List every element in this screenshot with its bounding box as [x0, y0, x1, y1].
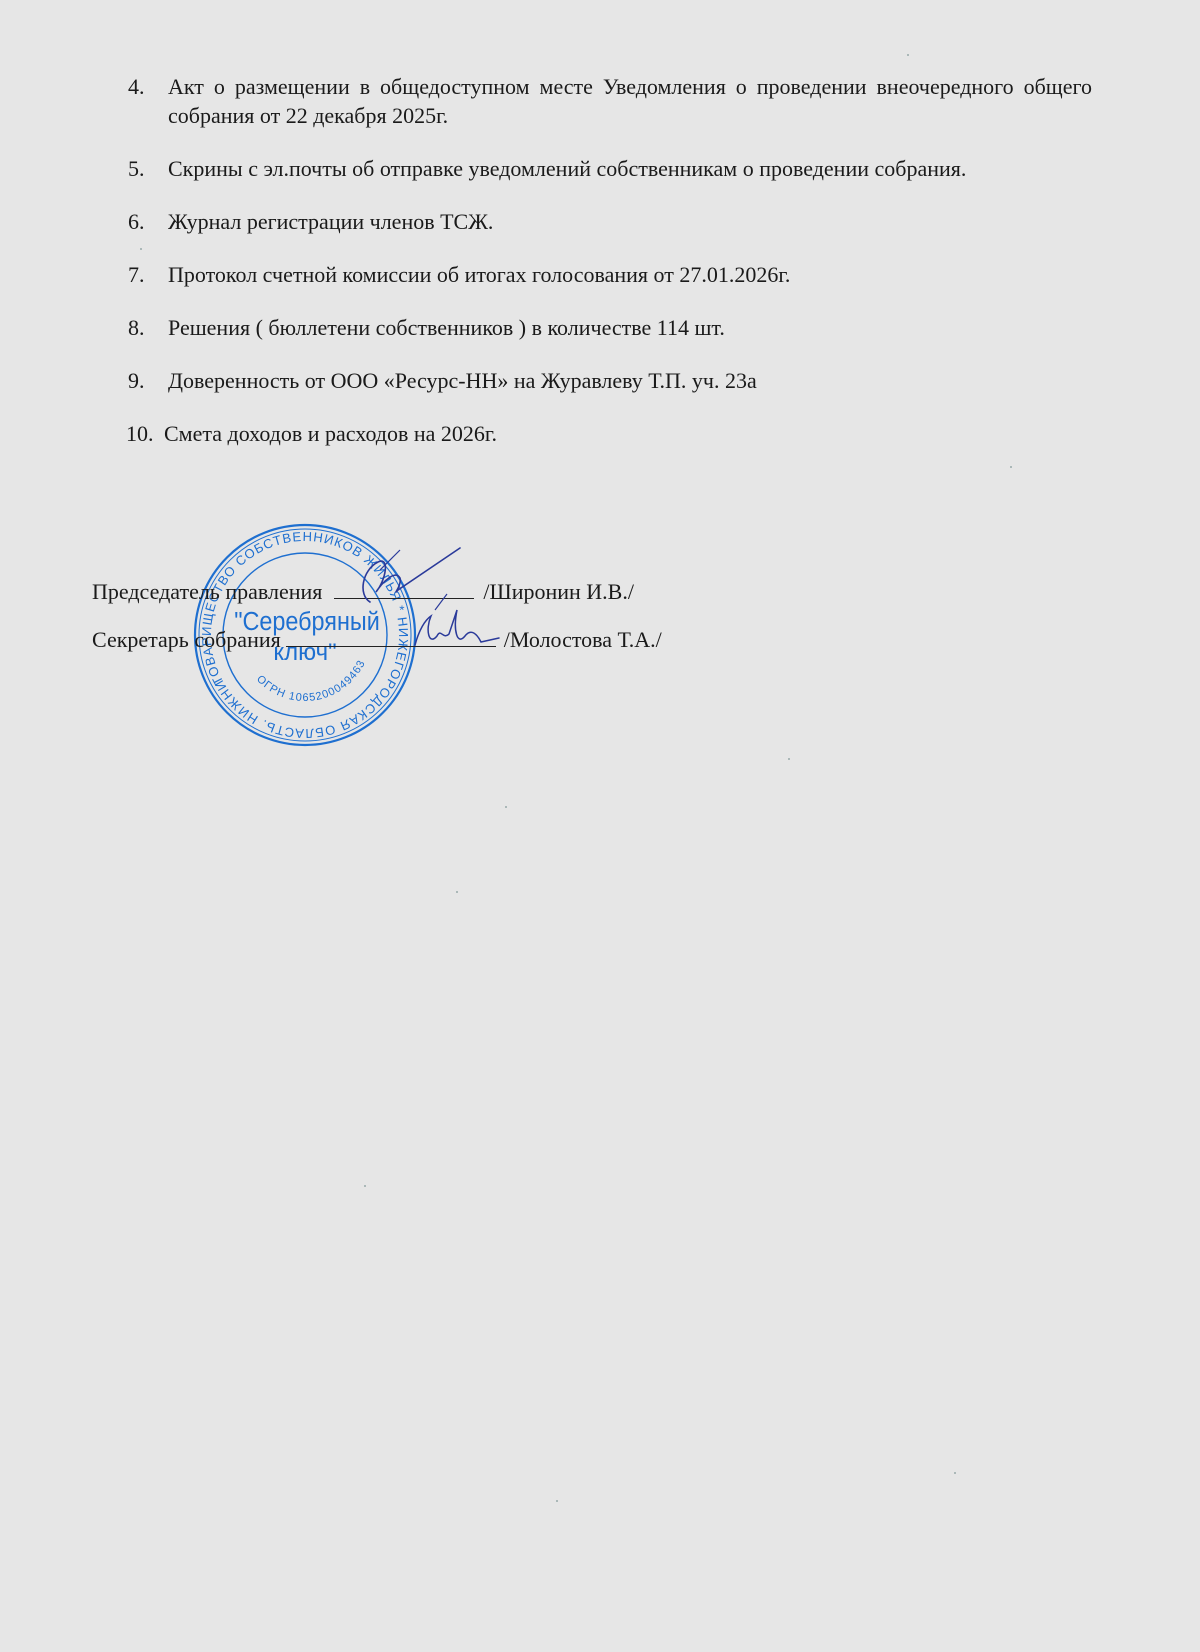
- svg-text:ОГРН 1065200049463: ОГРН 1065200049463: [253, 655, 373, 713]
- signature-row-chairman: Председатель правления /Широнин И.В./: [92, 578, 634, 606]
- signature-line: [286, 626, 496, 647]
- signer-name: /Молостова Т.А./: [504, 627, 662, 652]
- scan-speck: [364, 1185, 366, 1187]
- scan-speck: [456, 891, 458, 893]
- list-item: 10. Смета доходов и расходов на 2026г.: [128, 419, 1092, 448]
- list-item: 7. Протокол счетной комиссии об итогах г…: [128, 260, 1092, 289]
- list-item: 9. Доверенность от ООО «Ресурс-НН» на Жу…: [128, 366, 1092, 395]
- signer-name: /Широнин И.В./: [483, 579, 634, 604]
- list-item: 6. Журнал регистрации членов ТСЖ.: [128, 207, 1092, 236]
- scan-speck: [140, 248, 142, 250]
- scan-speck: [954, 1472, 956, 1474]
- scan-speck: [556, 1500, 558, 1502]
- role-label: Председатель правления: [92, 579, 322, 604]
- scan-speck: [505, 806, 507, 808]
- signature-line: [334, 578, 474, 599]
- document-page: 4. Акт о размещении в общедоступном мест…: [0, 0, 1200, 1652]
- list-item: 4. Акт о размещении в общедоступном мест…: [128, 72, 1092, 130]
- signature-row-secretary: Секретарь собрания /Молостова Т.А./: [92, 626, 662, 654]
- scan-speck: [907, 54, 909, 56]
- list-item: 5. Скрины с эл.почты об отправке уведомл…: [128, 154, 1092, 183]
- scan-speck: [1010, 466, 1012, 468]
- scan-speck: [788, 758, 790, 760]
- list-item: 8. Решения ( бюллетени собственников ) в…: [128, 313, 1092, 342]
- role-label: Секретарь собрания: [92, 627, 281, 652]
- attachments-list: 4. Акт о размещении в общедоступном мест…: [128, 72, 1092, 472]
